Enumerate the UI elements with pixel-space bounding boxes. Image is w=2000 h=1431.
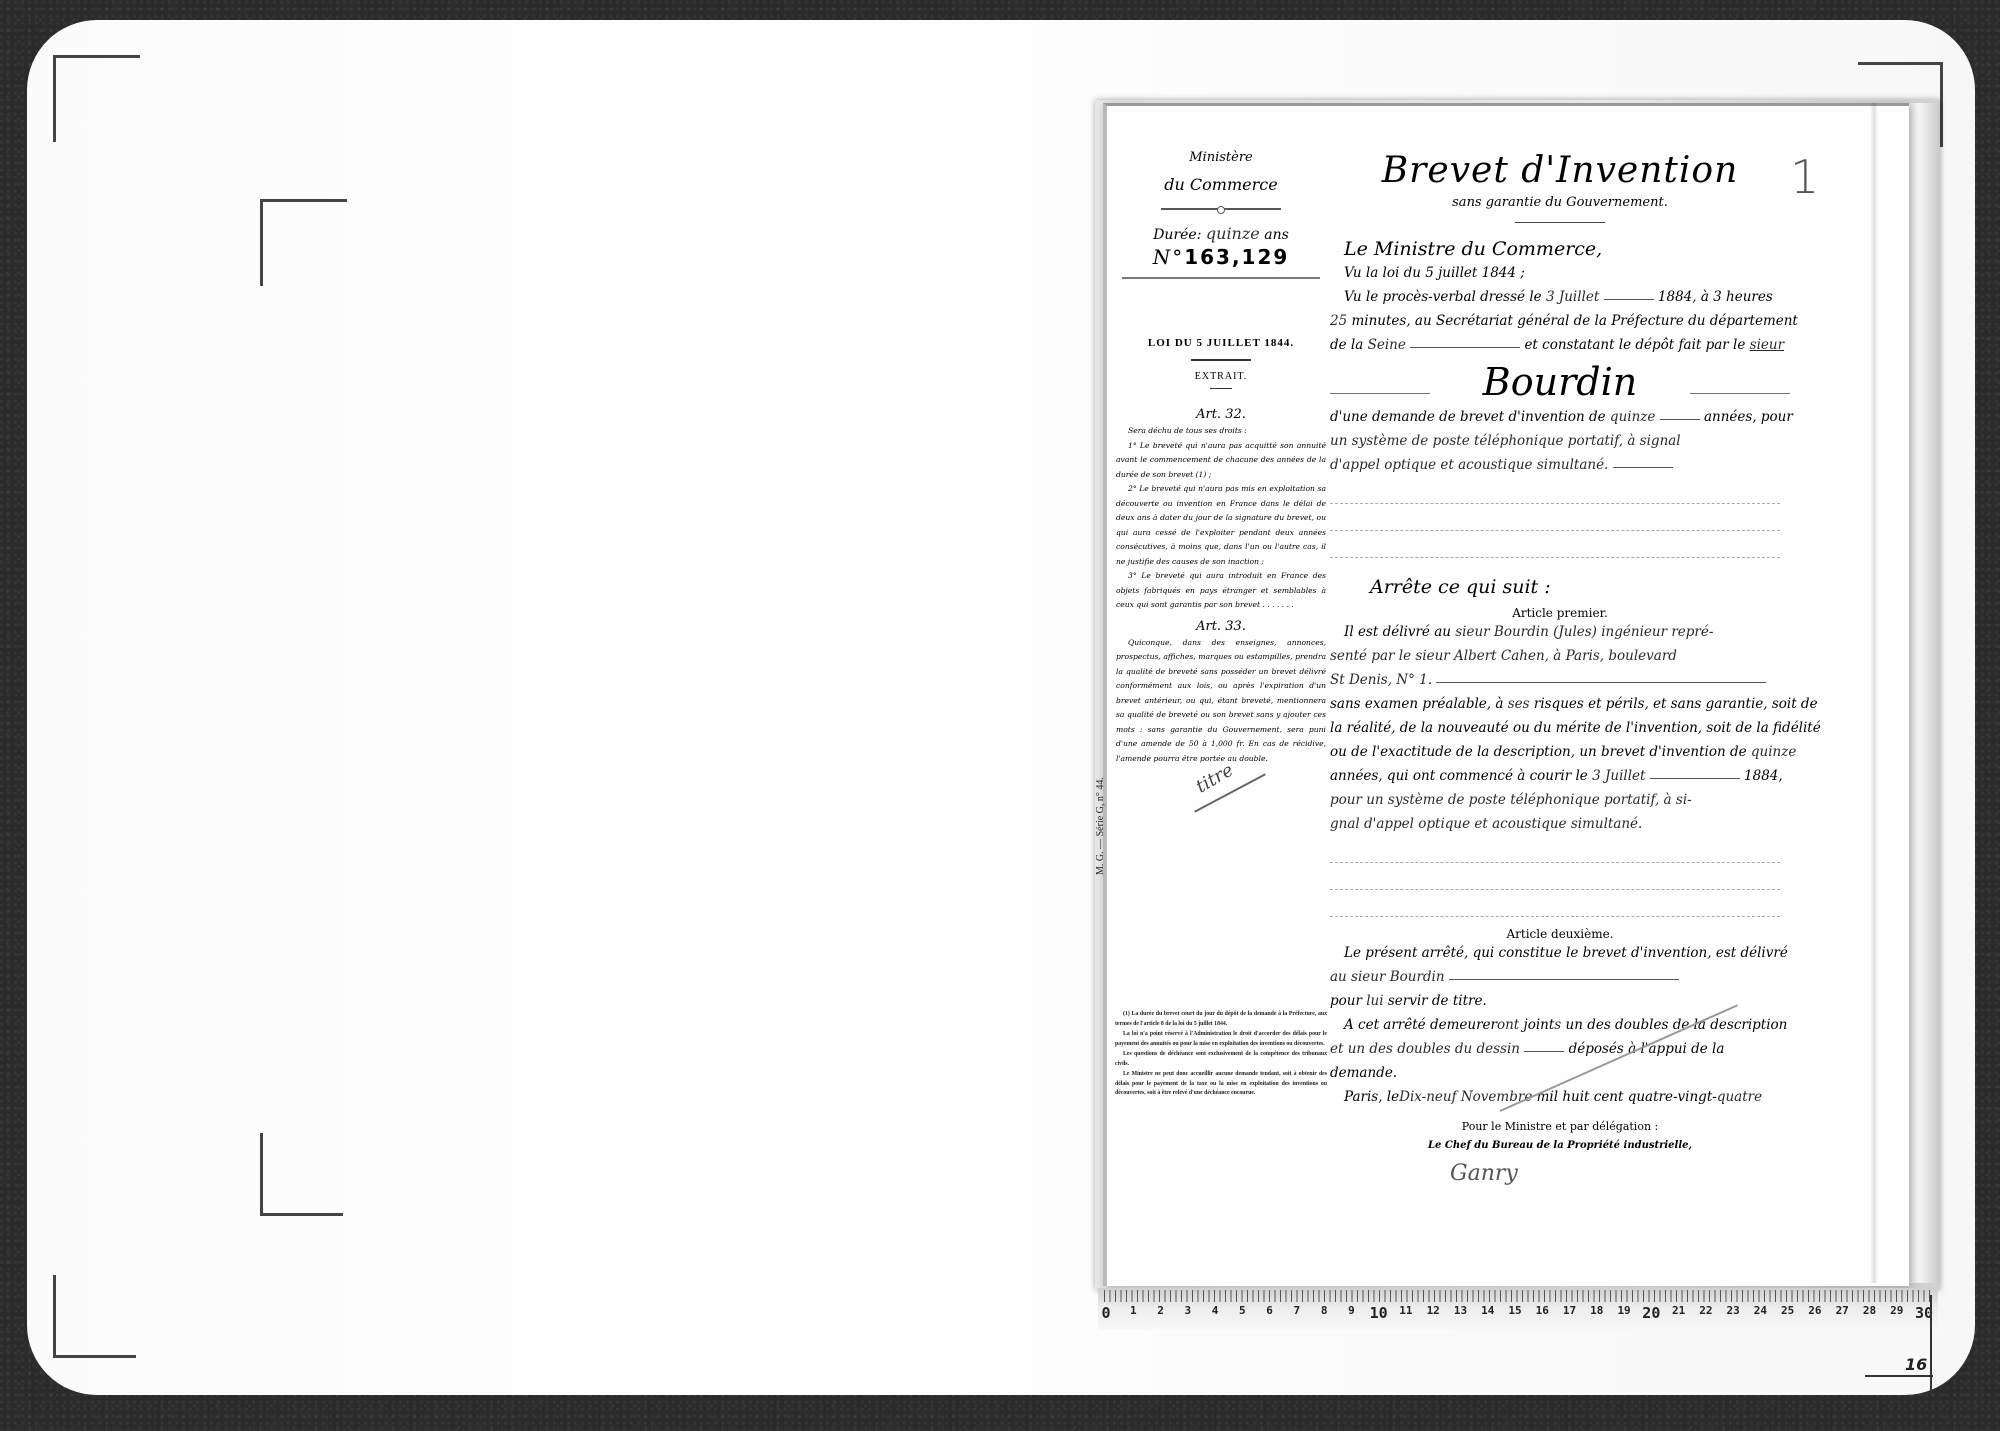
document-subtitle: sans garantie du Gouvernement. (1330, 195, 1790, 210)
date-handwritten: Dix-neuf Novembre (1399, 1089, 1532, 1105)
deposit-minutes: 25 (1330, 313, 1347, 329)
text-segment: ou de l'exactitude de la description, un… (1330, 744, 1747, 760)
article1-line2: senté par le sieur Albert Cahen, à Paris… (1330, 644, 1790, 668)
text-segment: sans examen préalable, à (1330, 696, 1503, 712)
tick-divider (1210, 388, 1232, 389)
article2-line6: demande. (1330, 1061, 1790, 1085)
ruler-label: 20 (1642, 1304, 1660, 1322)
ruler-label: 6 (1266, 1304, 1273, 1317)
fill-dash (1650, 774, 1740, 779)
corner-mark-top-left-inner (260, 199, 347, 286)
address-text: St Denis, N° 1. (1330, 672, 1432, 688)
footnote-paragraph: Le Ministre ne peut donc accueillir aucu… (1115, 1070, 1327, 1099)
demande-line: d'une demande de brevet d'invention de q… (1330, 405, 1790, 429)
ruler-label: 26 (1808, 1304, 1821, 1317)
corner-mark-bottom-left-inner (260, 1133, 343, 1216)
ruler-end-mark (1930, 1295, 1932, 1395)
handwritten-segment: s (1554, 1017, 1561, 1033)
vu-pv-prefix: Vu le procès-verbal dressé le (1344, 289, 1542, 305)
ruler-label: 18 (1590, 1304, 1603, 1317)
article-33-title: Art. 33. (1112, 619, 1330, 634)
text-segment: A cet arrêté demeurer (1344, 1017, 1497, 1033)
fill-dash (1660, 415, 1700, 420)
patent-number-value: 163,129 (1184, 245, 1289, 269)
ruler-label: 28 (1863, 1304, 1876, 1317)
footnotes: (1) La durée du brevet court du jour du … (1115, 1010, 1327, 1100)
article1-line7: années, qui ont commencé à courir le 3 J… (1330, 764, 1790, 788)
ministry-line1: Ministère (1112, 150, 1330, 165)
law-paragraph: 3° Le breveté qui aura introduit en Fran… (1116, 569, 1326, 613)
ruler-label: 19 (1617, 1304, 1630, 1317)
text-segment: années, qui ont commencé à courir le (1330, 768, 1588, 784)
text-segment: pour (1330, 993, 1362, 1009)
handwritten-segment: lui (1366, 993, 1383, 1009)
date-prefix: Paris, le (1344, 1089, 1399, 1105)
ruler-ticks (1104, 1290, 1930, 1302)
law-heading: LOI DU 5 JUILLET 1844. (1112, 337, 1330, 349)
ministry-line2: du Commerce (1112, 175, 1330, 194)
handwritten-segment: ont (1497, 1017, 1519, 1033)
text-segment: joint (1524, 1017, 1555, 1033)
deposit-date: 3 Juillet (1546, 289, 1599, 305)
article1-handwritten: sieur Bourdin (Jules) ingénieur repré- (1455, 624, 1713, 640)
date-line: Paris, leDix-neuf Novembre mil huit cent… (1330, 1085, 1790, 1109)
ruler-label: 15 (1508, 1304, 1521, 1317)
article1-line3: St Denis, N° 1. (1330, 668, 1790, 692)
ruler-label: 7 (1294, 1304, 1301, 1317)
handwritten-segment: quinze (1751, 744, 1796, 760)
ruler-label: 9 (1348, 1304, 1355, 1317)
blank-dotted-line (1330, 477, 1780, 504)
article2-line5: et un des doubles du dessin déposés à l'… (1330, 1037, 1790, 1061)
signature-block: Pour le Ministre et par délégation : Le … (1330, 1117, 1790, 1155)
title-ornament (1515, 222, 1605, 223)
divider-rule (1122, 277, 1320, 279)
ruler-label: 11 (1399, 1304, 1412, 1317)
handwritten-segment: et un des doubles du dessin (1330, 1041, 1520, 1057)
ruler-label: 22 (1699, 1304, 1712, 1317)
article-32-text: Sera déchu de tous ses droits : 1° Le br… (1112, 424, 1330, 613)
department-prefix: de la (1330, 337, 1363, 353)
text-segment: risques et périls, et sans garantie, soi… (1534, 696, 1818, 712)
ruler-label: 29 (1890, 1304, 1903, 1317)
ruler-label: 14 (1481, 1304, 1494, 1317)
article-33-text: Quiconque, dans des enseignes, annonces,… (1112, 636, 1330, 767)
demande-suffix: années, pour (1704, 409, 1793, 425)
invention-title-line2: d'appel optique et acoustique simultané. (1330, 457, 1608, 473)
patent-number-prefix: N° (1153, 245, 1185, 269)
corner-mark-top-left-outer (53, 55, 140, 142)
text-segment: 1884, (1744, 768, 1783, 784)
minutes-text: minutes, au Secrétariat général de la Pr… (1351, 313, 1797, 329)
ruler-label: 16 (1536, 1304, 1549, 1317)
law-paragraph: Quiconque, dans des enseignes, annonces,… (1116, 636, 1326, 767)
deposit-year: 1884 (1658, 289, 1692, 305)
page-fold-shadow (1870, 103, 1878, 1283)
applicant-name: Bourdin (1330, 359, 1790, 405)
law-paragraph: 1° Le breveté qui n'aura pas acquitté so… (1116, 439, 1326, 483)
handwritten-segment: 3 Juillet (1592, 768, 1645, 784)
article-deuxieme-heading: Article deuxième. (1330, 927, 1790, 941)
department-line: de la Seine et constatant le dépôt fait … (1330, 333, 1790, 357)
law-paragraph: 2° Le breveté qui n'aura pas mis en expl… (1116, 482, 1326, 569)
corner-mark-bottom-left-outer (53, 1275, 136, 1358)
right-column: Brevet d'Invention sans garantie du Gouv… (1330, 150, 1790, 1186)
article2-line4: A cet arrêté demeureront joints un des d… (1330, 1013, 1790, 1037)
article-premier-heading: Article premier. (1330, 606, 1790, 620)
ruler-label: 13 (1454, 1304, 1467, 1317)
constatant-text: et constatant le dépôt fait par le (1524, 337, 1745, 353)
article1-line9: gnal d'appel optique et acoustique simul… (1330, 812, 1790, 836)
ruler-label: 5 (1239, 1304, 1246, 1317)
ruler-label: 2 (1157, 1304, 1164, 1317)
sieur-text: sieur (1750, 337, 1784, 353)
invention-title-line1: un système de poste téléphonique portati… (1330, 429, 1790, 453)
minister-heading: Le Ministre du Commerce, (1344, 237, 1790, 261)
ruler-label: 4 (1212, 1304, 1219, 1317)
duration-line: Durée: quinze ans (1112, 224, 1330, 243)
term-words: quinze (1610, 409, 1655, 425)
handwritten-segment: au sieur Bourdin (1330, 969, 1445, 985)
article1-prefix: Il est délivré au (1344, 624, 1451, 640)
small-divider (1191, 359, 1251, 361)
fill-dash (1604, 295, 1654, 300)
extract-label: EXTRAIT. (1112, 371, 1330, 382)
measurement-ruler: 0123456789101112131415161718192021222324… (1098, 1288, 1938, 1330)
ruler-label: 1 (1130, 1304, 1137, 1317)
plate-number: 16 (1905, 1355, 1927, 1374)
ruler-label: 8 (1321, 1304, 1328, 1317)
duration-label: Durée: (1153, 227, 1201, 243)
article2-line2: au sieur Bourdin (1330, 965, 1790, 989)
article2-line3: pour lui servir de titre. (1330, 989, 1790, 1013)
delegation-line: Pour le Ministre et par délégation : (1330, 1117, 1790, 1136)
folio-number: 1 (1790, 150, 1819, 204)
ruler-label: 3 (1184, 1304, 1191, 1317)
fill-dash (1613, 463, 1673, 468)
ruler-base-mark (1865, 1375, 1933, 1377)
article2-line1: Le présent arrêté, qui constitue le brev… (1330, 941, 1790, 965)
footnote-paragraph: Les questions de déchéance sont exclusiv… (1115, 1050, 1327, 1069)
demande-prefix: d'une demande de brevet d'invention de (1330, 409, 1606, 425)
ornament-divider (1161, 208, 1281, 210)
ruler-label: 27 (1836, 1304, 1849, 1317)
ruler-label: 12 (1427, 1304, 1440, 1317)
series-code: M. G. — Série G, n° 44. (1095, 777, 1106, 875)
article1-line5: la réalité, de la nouveauté ou du mérite… (1330, 716, 1790, 740)
chef-line: Le Chef du Bureau de la Propriété indust… (1330, 1136, 1790, 1155)
article1-line8: pour un système de poste téléphonique po… (1330, 788, 1790, 812)
invention-title-line2-row: d'appel optique et acoustique simultané. (1330, 453, 1790, 477)
fill-dash (1410, 343, 1520, 348)
article1-line6: ou de l'exactitude de la description, un… (1330, 740, 1790, 764)
blank-dotted-line (1330, 863, 1780, 890)
ruler-label: 10 (1370, 1304, 1388, 1322)
article1-line1: Il est délivré au sieur Bourdin (Jules) … (1330, 620, 1790, 644)
ruler-label: 25 (1781, 1304, 1794, 1317)
minutes-line: 25 minutes, au Secrétariat général de la… (1330, 309, 1790, 333)
footnote-paragraph: La loi n'a point réservé à l'Administrat… (1115, 1030, 1327, 1049)
deposit-hour: , à 3 heures (1692, 289, 1773, 305)
vu-pv-line: Vu le procès-verbal dressé le 3 Juillet … (1330, 285, 1790, 309)
fill-dash (1449, 975, 1679, 980)
date-mid: mil huit cent quatre-vingt- (1537, 1089, 1717, 1105)
signature: Ganry (1450, 1161, 1790, 1186)
department-value: Seine (1368, 337, 1406, 353)
handwritten-segment: ses (1508, 696, 1530, 712)
fill-dash (1436, 678, 1766, 683)
left-column: Ministère du Commerce Durée: quinze ans … (1112, 150, 1330, 766)
ruler-label: 21 (1672, 1304, 1685, 1317)
footnote-paragraph: (1) La durée du brevet court du jour du … (1115, 1010, 1327, 1029)
fill-dash (1524, 1047, 1564, 1052)
arrete-heading: Arrête ce qui suit : (1370, 576, 1790, 598)
ruler-label: 24 (1754, 1304, 1767, 1317)
ruler-label: 17 (1563, 1304, 1576, 1317)
article-32-title: Art. 32. (1112, 407, 1330, 422)
article1-line4: sans examen préalable, à ses risques et … (1330, 692, 1790, 716)
duration-value: quinze (1206, 224, 1260, 243)
duration-unit: ans (1264, 227, 1289, 243)
vu-loi-line: Vu la loi du 5 juillet 1844 ; (1330, 261, 1790, 285)
ruler-label: 23 (1727, 1304, 1740, 1317)
document-title: Brevet d'Invention (1330, 150, 1790, 191)
blank-dotted-line (1330, 890, 1780, 917)
law-paragraph: Sera déchu de tous ses droits : (1116, 424, 1326, 439)
date-year-handwritten: quatre (1717, 1089, 1762, 1105)
patent-number: N°163,129 (1112, 245, 1330, 269)
text-segment: servir de titre. (1388, 993, 1487, 1009)
ruler-label: 0 (1101, 1304, 1110, 1322)
blank-dotted-line (1330, 531, 1780, 558)
blank-dotted-line (1330, 836, 1780, 863)
blank-dotted-line (1330, 504, 1780, 531)
document-right-edge (1905, 103, 1940, 1283)
